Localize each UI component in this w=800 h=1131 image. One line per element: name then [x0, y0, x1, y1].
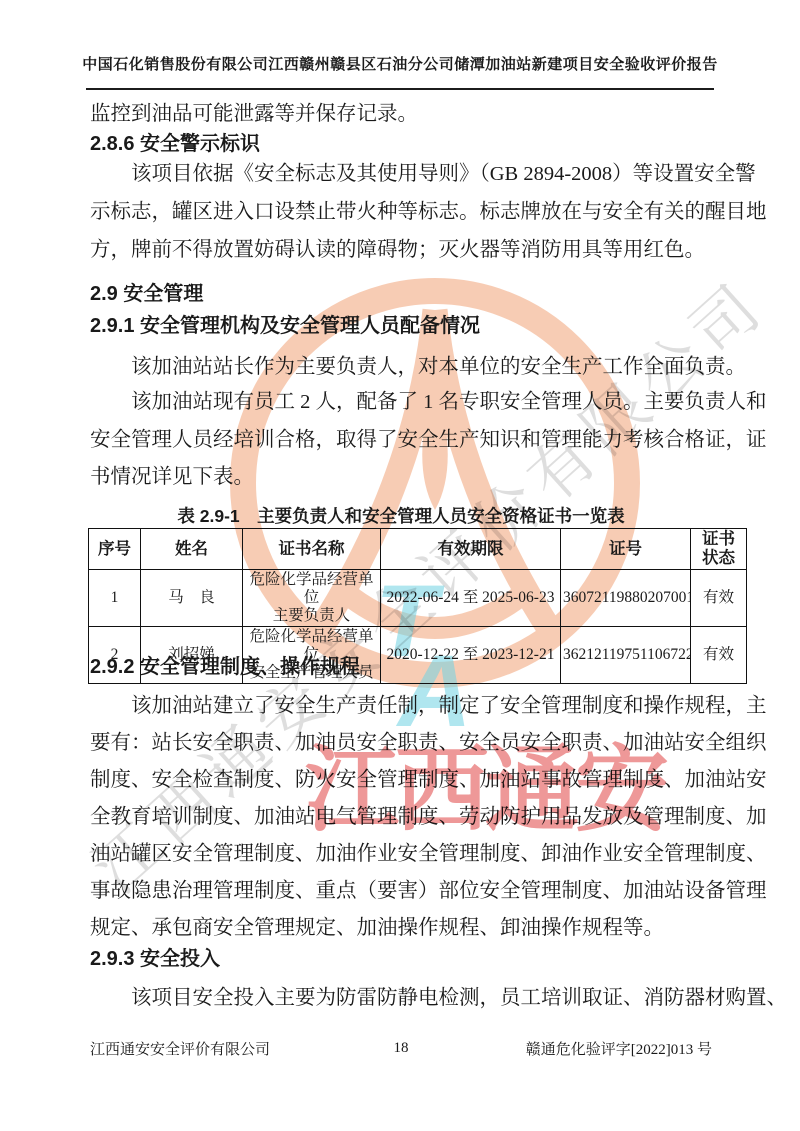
cell-name: 马 良	[141, 570, 243, 627]
section-heading-2-9-3: 2.9.3 安全投入	[90, 946, 712, 972]
cell-validity: 2022-06-24 至 2025-06-23	[381, 570, 561, 627]
cert-line1: 危险化学品经营单位	[245, 571, 378, 607]
section-heading-2-9-1: 2.9.1 安全管理机构及安全管理人员配备情况	[90, 313, 712, 339]
paragraph-line: 规定、承包商安全管理规定、加油操作规程、卸油操作规程等。	[90, 914, 712, 942]
paragraph-line: 该加油站建立了安全生产责任制，制定了安全管理制度和操作规程，主	[90, 692, 753, 720]
cert-line2: 主要负责人	[245, 607, 378, 625]
col-header-no: 序号	[89, 529, 141, 570]
paragraph-line: 示标志，罐区进入口设禁止带火种等标志。标志牌放在与安全有关的醒目地	[90, 198, 712, 226]
paragraph-line: 书情况详见下表。	[90, 463, 712, 491]
col-header-status: 证书 状态	[691, 529, 747, 570]
cell-number: 360721198802070018	[561, 570, 691, 627]
paragraph-line: 要有：站长安全职责、加油员安全职责、安全员安全职责、加油站安全组织	[90, 729, 712, 757]
paragraph-line: 全教育培训制度、加油站电气管理制度、劳动防护用品发放及管理制度、加	[90, 803, 712, 831]
paragraph-line: 方，牌前不得放置妨碍认读的障碍物；灭火器等消防用具等用红色。	[90, 236, 712, 264]
table-header-row: 序号 姓名 证书名称 有效期限 证号 证书 状态	[89, 529, 747, 570]
col-header-validity: 有效期限	[381, 529, 561, 570]
paragraph-line: 油站罐区安全管理制度、加油作业安全管理制度、卸油作业安全管理制度、	[90, 840, 712, 868]
document-page: T A 江西通安安全评价有限公司 江西通安 中国石化销售股份有限公司江西赣州赣县…	[0, 0, 800, 1131]
section-heading-2-9-2: 2.9.2 安全管理制度、操作规程	[90, 654, 712, 680]
col-header-status-line1: 证书	[693, 530, 744, 549]
paragraph-line: 制度、安全检查制度、防火安全管理制度、加油站事故管理制度、加油站安	[90, 766, 712, 794]
paragraph-line: 该加油站现有员工 2 人，配备了 1 名专职安全管理人员。主要负责人和	[90, 388, 753, 416]
header-rule	[86, 88, 714, 90]
paragraph-line: 监控到油品可能泄露等并保存记录。	[90, 100, 712, 128]
paragraph-line: 事故隐患治理管理制度、重点（要害）部位安全管理制度、加油站设备管理	[90, 877, 712, 905]
table-caption: 表 2.9-1 主要负责人和安全管理人员安全资格证书一览表	[90, 503, 712, 528]
col-header-number: 证号	[561, 529, 691, 570]
cell-no: 1	[89, 570, 141, 627]
cell-cert: 危险化学品经营单位 主要负责人	[243, 570, 381, 627]
paragraph-line: 该加油站站长作为主要负责人，对本单位的安全生产工作全面负责。	[90, 353, 753, 381]
cell-status: 有效	[691, 570, 747, 627]
paragraph-line: 该项目安全投入主要为防雷防静电检测，员工培训取证、消防器材购置、	[90, 984, 753, 1012]
table-row: 1 马 良 危险化学品经营单位 主要负责人 2022-06-24 至 2025-…	[89, 570, 747, 627]
paragraph-line: 该项目依据《安全标志及其使用导则》（GB 2894-2008）等设置安全警	[90, 160, 753, 188]
section-heading-2-8-6: 2.8.6 安全警示标识	[90, 131, 712, 157]
section-heading-2-9: 2.9 安全管理	[90, 281, 712, 307]
page-header-title: 中国石化销售股份有限公司江西赣州赣县区石油分公司储潭加油站新建项目安全验收评价报…	[0, 53, 800, 74]
footer-doc-number: 赣通危化验评字[2022]013 号	[526, 1038, 712, 1059]
paragraph-line: 安全管理人员经培训合格，取得了安全生产知识和管理能力考核合格证，证	[90, 426, 712, 454]
col-header-status-line2: 状态	[693, 549, 744, 568]
col-header-cert: 证书名称	[243, 529, 381, 570]
col-header-name: 姓名	[141, 529, 243, 570]
